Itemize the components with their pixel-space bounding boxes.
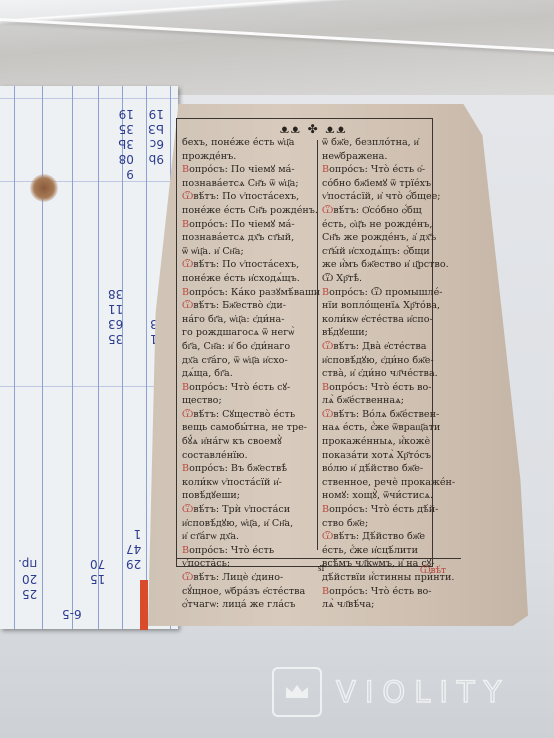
text-line: Вопро́съ: Что̀ е́сть во- [322,585,455,599]
text-line: Сн҃ъ же рожде́нъ, а҆ дх҃ъ [322,231,455,245]
text-line: Вопро́съ: Въ бж҃ествѣ̀ [182,462,320,476]
text-line: повѣ́дꙋеши; [182,489,320,503]
text-line: вещь самобы́тна, не тре- [182,421,320,435]
text-line: Вопро́съ: Что̀ е́сть [182,544,320,558]
windowsill-back [0,0,554,100]
text-line: наѧ е́сть, є҆́же ѿвращ҃ати [322,421,455,435]
text-line: со́бно бж҃іемꙋ ѿ трїе́хъ [322,177,455,191]
text-line: Ѿ Хр҃тѣ̀. [322,272,455,286]
text-line: Вопро́съ: По чіемꙋ ма́- [182,163,320,177]
text-line: Ѿвѣ́тъ: Во́лѧ бж҃е́ствен- [322,408,455,422]
text-line: поне́же е́сть и҆сходѧ́щъ. [182,272,320,286]
text-line: го рождшагосѧ ѿ негѡ̀ [182,326,320,340]
text-line: Ѿвѣ́тъ: По ѵ҆поста́сехъ, [182,258,320,272]
watermark-text: VIOLITY [336,675,510,709]
text-line: Ѿвѣ́тъ: Трѝ ѵ҆поста́си [182,503,320,517]
text-line: и҆сповѣ́дꙋю, є҆ди́но бж҃е- [322,354,455,368]
crown-icon [272,667,322,717]
text-line: во́лю и҆ дѣ́йство бж҃е- [322,462,455,476]
text-line: ства̀, и҆ є҆ди́но чл҃че́ства. [322,367,455,381]
text-line: номꙋ: хощꙋ̀, ѿчи́стисѧ. [322,489,455,503]
text-line: бехъ, поне́же е́сть ѡ҆ц҃а [182,136,320,150]
text-line: Ѿвѣ́тъ: Дѣ́йство бж҃е [322,530,455,544]
text-line: неѡ҆бражена. [322,150,455,164]
text-line: бꙋ́ѧ и҆на́гѡ къ своемꙋ̀ [182,435,320,449]
text-line: Вопро́съ: Что̀ е́сть о҆- [322,163,455,177]
text-line: е́сть, є҆́же и҆сцѣ́лити [322,544,455,558]
text-line: лѧ̀ бж҃е́ственнаѧ; [322,394,455,408]
text-line: ст҃ы́й и҆сходѧ́щъ: ѻ҆́бщи [322,245,455,259]
watermark: VIOLITY [272,667,510,717]
text-line: е́сть, ѻ҆ц҃ъ не рожде́нъ, [322,218,455,232]
text-line: Ѿвѣ́тъ: Лицѐ є҆дино- [182,571,320,585]
left-text-column: бехъ, поне́же е́сть ѡ҆ц҃апрожде́нъ.Вопро… [182,136,320,612]
text-line: Вопро́съ: Ѿ промышле́- [322,286,455,300]
text-line: Ѿвѣ́тъ: Сꙋщество̀ е́сть [182,408,320,422]
text-line: Ѿвѣ́тъ: Два̀ е҆сте́ства [322,340,455,354]
text-line: прокаже́нныѧ, и҆́кожѐ [322,435,455,449]
text-line: ство бж҃е; [322,517,455,531]
text-line: ѿ ѡ҆ц҃а. и҆ Сн҃а; [182,245,320,259]
page-number: ѕ҃г [318,563,326,574]
header-ornament: ᴥᴥ ✤ ᴥᴥ [280,122,347,136]
text-line: прожде́нъ. [182,150,320,164]
text-line: Вопро́съ: Ка́ко разꙋмѣ́ваши [182,286,320,300]
text-line: составле́нїю. [182,449,320,463]
text-line: Вопро́съ: Что̀ е́сть сꙋ- [182,381,320,395]
ledger-column-2: 9b 6с ЬЗ 19 [148,106,164,166]
text-line: познава́етсѧ дх҃ъ ст҃ый, [182,231,320,245]
text-line: показа́ти хотѧ̀ Хр҃то́съ [322,449,455,463]
ledger-column-6: 29 47 1 [126,526,141,571]
text-line: Вопро́съ: По чіемꙋ ма́- [182,218,320,232]
text-line: и҆ ст҃а́гѡ дх҃а. [182,530,320,544]
text-line: дѧ́ща, бг҃а. [182,367,320,381]
text-line: на́го бг҃а, ѡ҆ц҃а: є҆ди́на- [182,313,320,327]
text-line: Ѿвѣ́тъ: Ѻ҆со́бно ѻ҆́бщ [322,204,455,218]
text-line: Вопро́съ: Что̀ е́сть во- [322,381,455,395]
text-line: Ѿвѣ́тъ: Бж҃ество̀ є҆ди- [182,299,320,313]
text-line: ѿ бж҃е, безпло́тна, и҆ [322,136,455,150]
text-line: коли́кѡ ѵ҆поста́сїй и҆- [182,476,320,490]
catchword-text: Ѿвѣ́т [420,566,446,576]
ink-stain [30,174,58,202]
text-line: поне́же е́сть Сн҃ъ рожде́нъ. [182,204,320,218]
text-line: ѵ҆поста́сїй, и҆ что̀ ѻ҆́бщее; [322,190,455,204]
text-line: вѣ́дꙋеши; [322,326,455,340]
text-line: коли́кѡ е҆сте́ства и҆спо- [322,313,455,327]
text-line: ѵ҆поста́сь; [182,557,320,571]
ledger-column-1: 9 08 3Ь 35 19 [118,106,134,181]
ledger-total: 6-5 [62,606,82,621]
text-line: лѧ̀ чл҃вѣ́ча; [322,598,455,612]
text-line: сꙋ́щное, ѡ҆бра́зъ е҆сте́ства [182,585,320,599]
text-line: щество; [182,394,320,408]
text-line: бг҃а, Сн҃а: и҆ бо є҆ди́наго [182,340,320,354]
text-line: Ѿвѣ́тъ: По ѵ҆поста́сехъ, [182,190,320,204]
right-text-column: ѿ бж҃е, безпло́тна, и҆неѡ҆бражена.Вопро́… [322,136,455,612]
text-line: и҆сповѣ́дꙋю, ѡ҆ц҃а, и҆ Сн҃а, [182,517,320,531]
text-line: ѻ҆́тчагѡ: лица́ же гла́съ [182,598,320,612]
text-line: дх҃а ст҃а́го, ѿ ѡ҆ц҃а и҆схо- [182,354,320,368]
ledger-column-3: 35 63 11 38 [108,286,123,346]
text-line: Вопро́съ: Что̀ е́сть дѣ́й- [322,503,455,517]
ledger-column-5: 15 70 [90,556,105,586]
text-line: нїи вопло́щенїѧ Хр҃то́ва, [322,299,455,313]
ledger-column-7: 25 20 пр. [18,556,37,601]
ledger-red-edge [140,580,148,630]
text-line: же и҆́мъ бж҃ество и҆ ц҃рство. [322,258,455,272]
text-line: ственное, речѐ прокаже́н- [322,476,455,490]
text-line: познава́етсѧ Сн҃ъ ѿ ѡ҆ц҃а; [182,177,320,191]
catchword: Ѿвѣ́т [420,565,446,576]
